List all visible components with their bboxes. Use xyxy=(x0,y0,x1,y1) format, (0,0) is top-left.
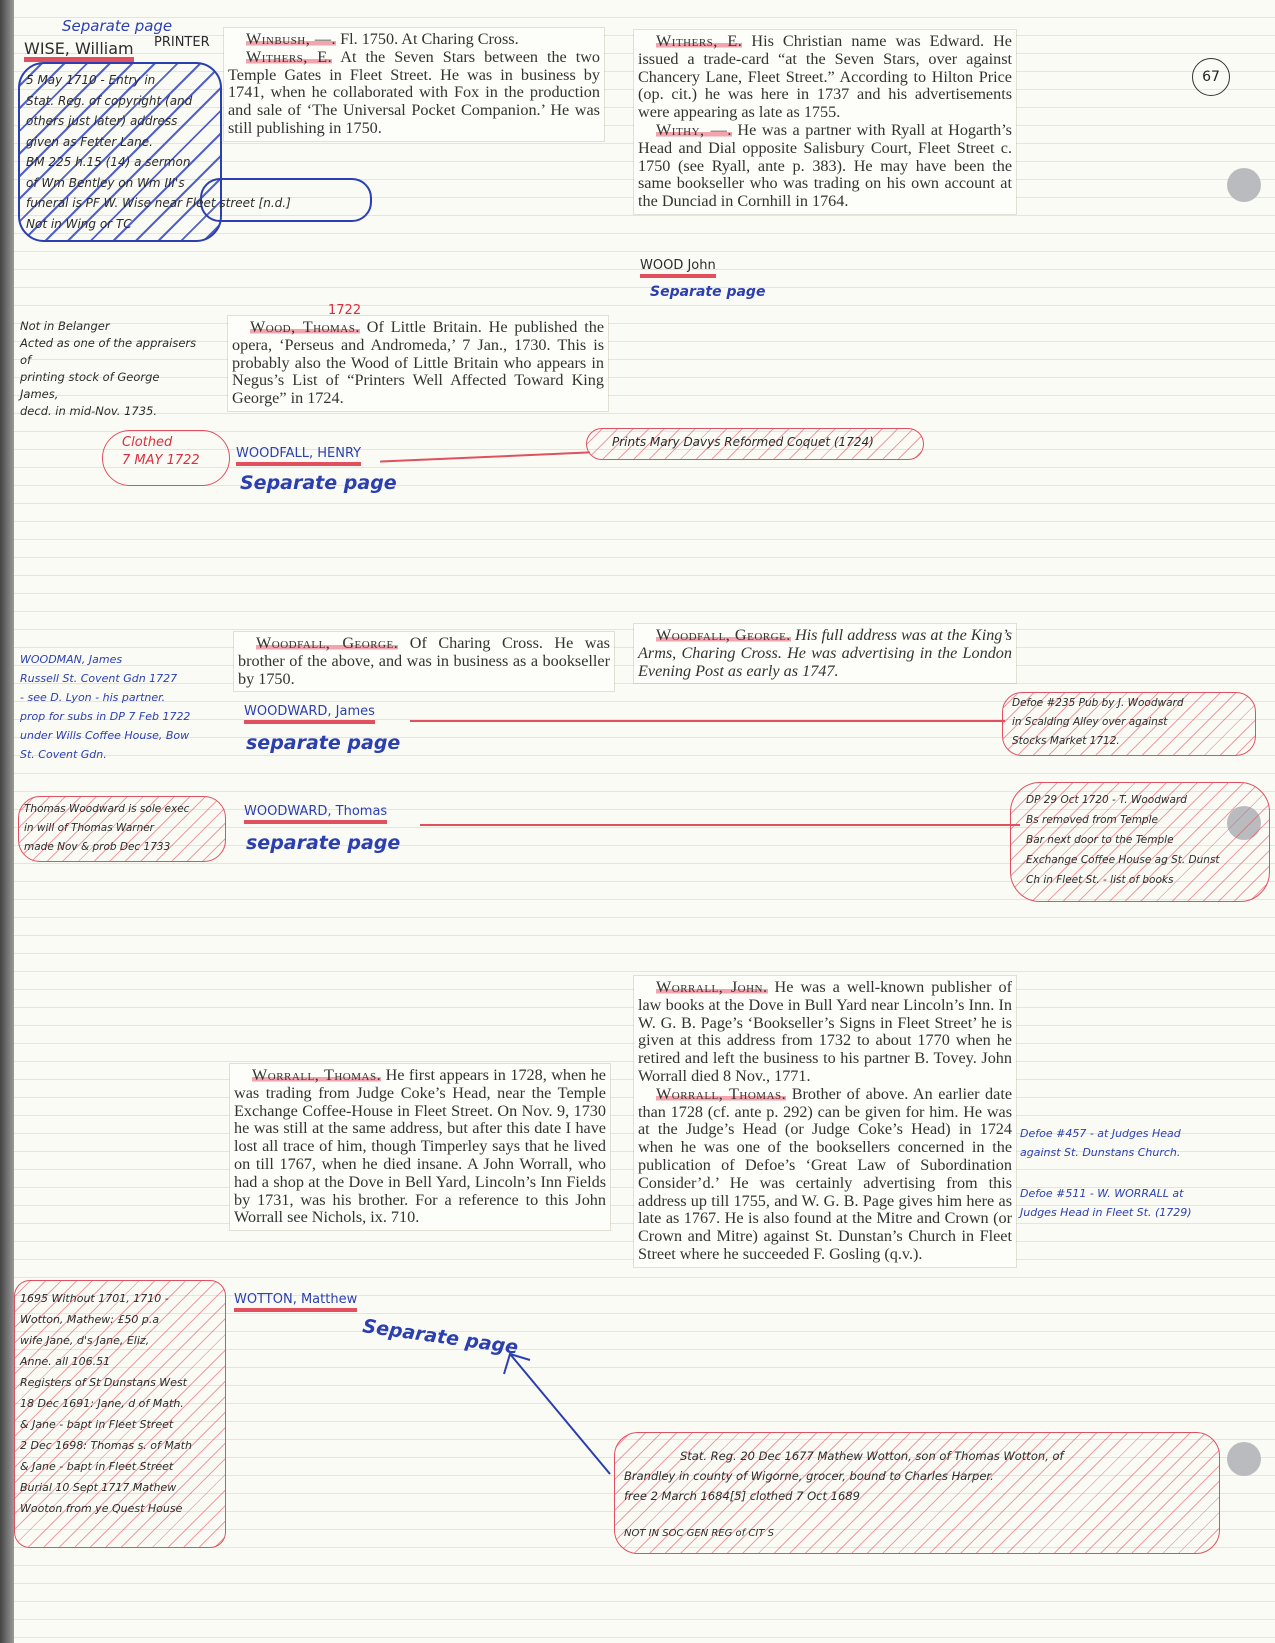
clipping-wood-thomas: Wood, Thomas. Of Little Britain. He publ… xyxy=(228,316,608,411)
woodward-thomas-separate-page: separate page xyxy=(246,832,400,854)
entry-name: Woodfall, George. xyxy=(656,626,791,644)
wise-name: WISE, William xyxy=(24,40,134,62)
mary-davys-note: Prints Mary Davys Reformed Coquet (1724) xyxy=(612,434,874,451)
entry-name: Winbush, —. xyxy=(246,30,336,48)
notebook-page: 67 Separate page WISE, William PRINTER 5… xyxy=(0,0,1275,1643)
clipping-worrall-john-thomas: Worrall, John. He was a well-known publi… xyxy=(634,976,1016,1267)
entry-name: Wood, Thomas. xyxy=(250,318,360,336)
arrow-icon xyxy=(500,1344,620,1484)
punch-hole xyxy=(1227,1442,1261,1476)
wood-thomas-margin-note: Not in Belanger Acted as one of the appr… xyxy=(20,318,200,420)
entry-name: Woodfall, George. xyxy=(256,634,398,652)
clothed-note: Clothed 7 MAY 1722 xyxy=(122,434,200,470)
wood-john-name: WOOD John xyxy=(640,258,716,278)
woodfall-henry-name: WOODFALL, HENRY xyxy=(236,446,361,466)
page-number: 67 xyxy=(1192,58,1230,96)
wise-separate-page: Separate page xyxy=(62,18,172,35)
woodfall-henry-separate-page: Separate page xyxy=(240,472,397,494)
defoe-457-note: Defoe #457 - at Judges Head against St. … xyxy=(1020,1124,1270,1162)
wood-john-separate-page: Separate page xyxy=(650,284,765,300)
defoe-511-note: Defoe #511 - W. WORRALL at Judges Head i… xyxy=(1020,1184,1270,1222)
connector-line xyxy=(410,720,1005,722)
page-binding xyxy=(0,0,14,1643)
clipping-worrall-thomas-left: Worrall, Thomas. He first appears in 172… xyxy=(230,1064,610,1230)
wotton-name: WOTTON, Matthew xyxy=(234,1292,357,1312)
connector-line xyxy=(380,451,590,462)
clipping-woodfall-george-right: Woodfall, George. His full address was a… xyxy=(634,624,1016,683)
warner-note: Thomas Woodward is sole exec in will of … xyxy=(24,800,224,857)
woodman-margin-note: WOODMAN, James Russell St. Covent Gdn 17… xyxy=(20,650,210,764)
stat-reg-note: Stat. Reg. 20 Dec 1677 Mathew Wotton, so… xyxy=(624,1446,1224,1544)
woodward-james-name: WOODWARD, James xyxy=(244,704,375,724)
woodward-james-separate-page: separate page xyxy=(246,732,400,754)
clipping-woodfall-george-left: Woodfall, George. Of Charing Cross. He w… xyxy=(234,632,614,691)
punch-hole xyxy=(1227,168,1261,202)
woodward-thomas-name: WOODWARD, Thomas xyxy=(244,804,387,824)
entry-name: Withy, —. xyxy=(656,121,732,139)
entry-name: Withers, E. xyxy=(246,48,332,66)
clipping-winbush-withers: Winbush, —. Fl. 1750. At Charing Cross. … xyxy=(224,28,604,141)
wotton-separate-page: Separate page xyxy=(361,1315,519,1359)
wise-trade: PRINTER xyxy=(154,34,210,51)
clipping-withers-withy: Withers, E. His Christian name was Edwar… xyxy=(634,30,1016,214)
entry-name: Worrall, John. xyxy=(656,978,768,996)
entry-name: Withers, E. xyxy=(656,32,742,50)
connector-line xyxy=(420,824,1020,826)
entry-name: Worrall, Thomas. xyxy=(252,1066,381,1084)
entry-name: Worrall, Thomas. xyxy=(656,1085,786,1103)
wotton-margin-note: 1695 Without 1701, 1710 - Wotton, Mathew… xyxy=(20,1288,230,1519)
defoe-235-note: Defoe #235 Pub by J. Woodward in Scaldin… xyxy=(1012,694,1252,751)
dp-note: DP 29 Oct 1720 - T. Woodward Bs removed … xyxy=(1026,790,1266,890)
